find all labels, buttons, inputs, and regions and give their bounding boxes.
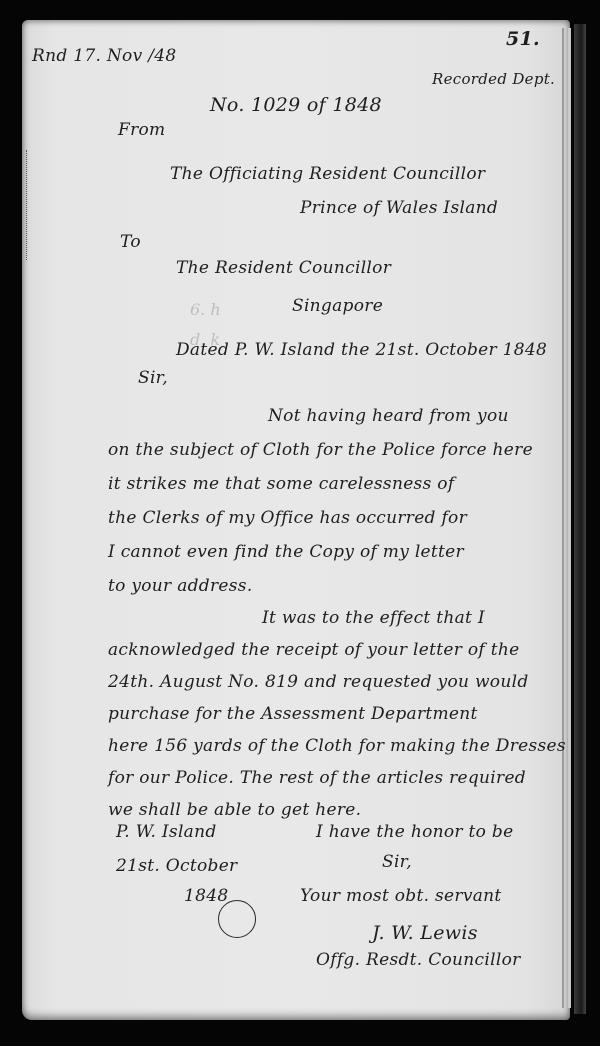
body-line: acknowledged the receipt of your letter …	[108, 640, 519, 660]
body-line: the Clerks of my Office has occurred for	[108, 508, 467, 528]
record-note: Recorded Dept.	[432, 70, 555, 88]
body-line: It was to the effect that I	[262, 608, 485, 628]
page-number: 51.	[506, 28, 540, 50]
bracket-flourish	[218, 900, 256, 938]
body-line: for our Police. The rest of the articles…	[108, 768, 526, 788]
body-line: I cannot even find the Copy of my letter	[108, 542, 464, 562]
body-line: we shall be able to get here.	[108, 800, 361, 820]
body-line: purchase for the Assessment Department	[108, 704, 478, 724]
page-edge	[562, 28, 564, 1008]
place-date-line-3: 1848	[184, 886, 228, 906]
place-date-line-1: P. W. Island	[116, 822, 217, 842]
closing-line-2: Sir,	[382, 852, 412, 872]
date-line: Dated P. W. Island the 21st. October 184…	[176, 340, 547, 360]
closing-line-3: Your most obt. servant	[300, 886, 502, 906]
body-line: on the subject of Cloth for the Police f…	[108, 440, 533, 460]
scanned-document: 6. h d. k Rnd 17. Nov /48 51. Recorded D…	[0, 0, 600, 1046]
closing-line-1: I have the honor to be	[316, 822, 513, 842]
to-label: To	[120, 232, 141, 252]
body-line: Not having heard from you	[268, 406, 509, 426]
to-line-1: The Resident Councillor	[176, 258, 391, 278]
body-line: 24th. August No. 819 and requested you w…	[108, 672, 529, 692]
place-date-line-2: 21st. October	[116, 856, 238, 876]
bleed-through-mark: 6. h	[190, 300, 221, 319]
from-label: From	[118, 120, 165, 140]
body-line: it strikes me that some carelessness of	[108, 474, 454, 494]
margin-marks	[26, 150, 37, 260]
signature-name: J. W. Lewis	[372, 922, 478, 944]
to-line-2: Singapore	[292, 296, 383, 316]
body-line: here 156 yards of the Cloth for making t…	[108, 736, 566, 756]
letter-number: No. 1029 of 1848	[210, 94, 382, 116]
from-line-2: Prince of Wales Island	[300, 198, 498, 218]
book-spine	[574, 24, 586, 1014]
from-line-1: The Officiating Resident Councillor	[170, 164, 485, 184]
body-line: to your address.	[108, 576, 253, 596]
salutation: Sir,	[138, 368, 168, 388]
received-note: Rnd 17. Nov /48	[32, 46, 176, 66]
signature-title: Offg. Resdt. Councillor	[316, 950, 521, 970]
page-edge	[568, 28, 571, 1008]
